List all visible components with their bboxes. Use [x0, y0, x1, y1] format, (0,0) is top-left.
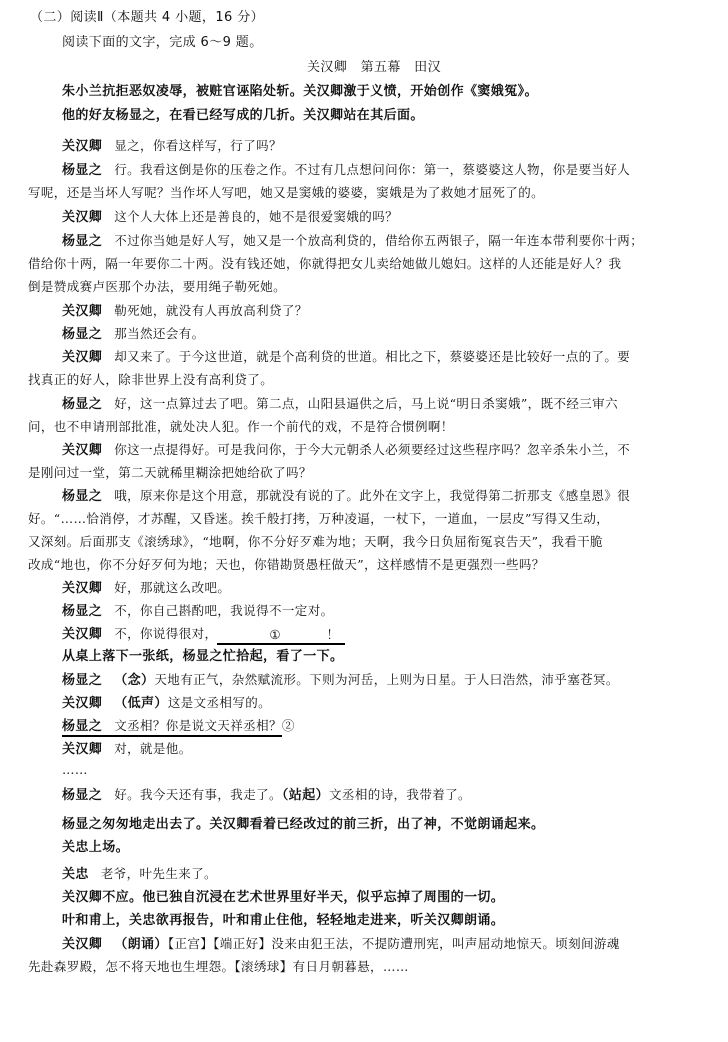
dialogue-line: 杨显之好。我今天还有事，我走了。（站起）文丞相的诗，我带着了。 — [62, 785, 471, 806]
speech-text: 不，你说得很对， — [114, 626, 217, 641]
stage-direction: 从桌上落下一张纸，杨显之忙拾起，看了一下。 — [62, 647, 343, 667]
dialogue-line: 关汉卿对，就是他。 — [62, 739, 192, 760]
speaker-name: 杨显之 — [62, 671, 102, 691]
reading-instruction: 阅读下面的文字，完成 6～9 题。 — [62, 33, 263, 53]
dialogue-line: 关汉卿（朗诵）【正宫】【端正好】没来由犯王法，不提防遭刑宪，叫声屈动地惊天。顷刻… — [62, 934, 620, 955]
speaker-name: 关汉卿 — [62, 302, 102, 322]
speaker-name: 关汉卿 — [62, 208, 102, 228]
speaker-name: 关汉卿 — [62, 579, 102, 599]
speech-continuation: 先赴森罗殿，怎不将天地也生埋怨。【滚绣球】有日月朝暮悬，…… — [28, 957, 409, 977]
dialogue-line-underlined: 杨显之文丞相？你是说文天祥丞相？② — [62, 716, 295, 737]
speech-text: 不过你当她是好人写，她又是一个放高利贷的，借给你五两银子，隔一年连本带利要你十两… — [114, 233, 643, 248]
speaker-name: 关忠 — [62, 865, 89, 885]
speaker-name: 杨显之 — [62, 717, 102, 737]
speech-text: 却又来了。于今这世道，就是个高利贷的世道。相比之下，蔡婆婆还是比较好一点的了。要 — [114, 349, 630, 364]
speaker-name: 杨显之 — [62, 786, 102, 806]
speech-text: 好。我今天还有事，我走了。 — [114, 787, 282, 802]
dialogue-line: 关汉卿（低声）这是文丞相写的。 — [62, 693, 271, 714]
stage-note: （低声） — [114, 696, 168, 711]
speaker-name: 关汉卿 — [62, 348, 102, 368]
speech-continuation: 问，也不申请刑部批准，就处决人犯。作一个前代的戏，不是符合惯例啊！ — [28, 417, 454, 437]
speech-text: 这个人大体上还是善良的，她不是很爱窦娥的吗？ — [114, 209, 398, 224]
dialogue-line: 杨显之那当然还会有。 — [62, 324, 205, 345]
speaker-name: 杨显之 — [62, 395, 102, 415]
stage-note: （念） — [114, 673, 154, 688]
speech-text: 这是文丞相写的。 — [168, 695, 271, 710]
speech-continuation: 写呢，还是当坏人写呢？当作坏人写吧，她又是窦娥的婆婆，窦娥是为了救她才屈死了的。 — [28, 183, 544, 203]
speech-continuation: 倒是赞成赛卢医那个办法，要用绳子勒死她。 — [28, 277, 286, 297]
speaker-name: 关汉卿 — [62, 935, 102, 955]
speech-continuation: 借给你十两，隔一年要你二十两。没有钱还她，你就得把女儿卖给她做儿媳妇。这样的人还… — [28, 254, 621, 274]
stage-direction: 杨显之匆匆地走出去了。关汉卿看着已经改过的前三折，出了神，不觉朗诵起来。 — [62, 815, 544, 835]
dialogue-line: 杨显之不，你自己斟酌吧，我说得不一定对。 — [62, 601, 334, 622]
speech-text: 好，那就这么改吧。 — [114, 580, 230, 595]
speech-text: 不，你自己斟酌吧，我说得不一定对。 — [114, 603, 333, 618]
speech-continuation: 找真正的好人，除非世界上没有高利贷了。 — [28, 370, 273, 390]
speaker-name: 杨显之 — [62, 161, 102, 181]
speaker-name: 关汉卿 — [62, 740, 102, 760]
speaker-name: 杨显之 — [62, 232, 102, 252]
speech-text: 显之，你看这样写，行了吗？ — [114, 138, 282, 153]
speaker-name: 杨显之 — [62, 487, 102, 507]
dialogue-line: 关忠老爷，叶先生来了。 — [62, 864, 217, 885]
dialogue-line: 关汉卿好，那就这么改吧。 — [62, 578, 230, 599]
speaker-name: 关汉卿 — [62, 137, 102, 157]
section-header: （二）阅读Ⅱ（本题共 4 小题，16 分） — [30, 8, 264, 28]
stage-note: （朗诵） — [114, 937, 168, 952]
speech-text: 哦，原来你是这个用意，那就没有说的了。此外在文字上，我觉得第二折那支《感皇恩》很 — [114, 488, 630, 503]
stage-direction: 关汉卿不应。他已独自沉浸在艺术世界里好半天，似乎忘掉了周围的一切。 — [62, 888, 504, 908]
speech-text: 老爷，叶先生来了。 — [101, 866, 217, 881]
ellipsis: …… — [62, 760, 88, 780]
speech-text: 文丞相的诗，我带着了。 — [329, 787, 471, 802]
speech-continuation: 又深刻。后面那支《滚绣球》，“地啊，你不分好歹难为地；天啊，我今日负屈衔冤哀告天… — [28, 532, 603, 552]
intro-stage-direction-2: 他的好友杨显之，在看已经写成的几折。关汉卿站在其后面。 — [62, 106, 424, 126]
question-marker: ② — [282, 718, 295, 733]
speech-continuation: 改成“地也，你不分好歹何为地；天也，你错勘贤愚枉做天”，这样感情不是更强烈一些吗… — [28, 555, 545, 575]
dialogue-line: 关汉卿显之，你看这样写，行了吗？ — [62, 136, 282, 157]
stage-direction: 叶和甫上，关忠欲再报告，叶和甫止住他，轻轻地走进来，听关汉卿朗诵。 — [62, 911, 504, 931]
dialogue-line: 关汉卿却又来了。于今这世道，就是个高利贷的世道。相比之下，蔡婆婆还是比较好一点的… — [62, 347, 630, 368]
speech-text: 你这一点提得好。可是我问你，于今大元朝杀人必须要经过这些程序吗？忽辛杀朱小兰，不 — [114, 442, 630, 457]
speech-text: 对，就是他。 — [114, 741, 191, 756]
speaker-name: 杨显之 — [62, 325, 102, 345]
blank-number: ① — [269, 625, 281, 645]
blank-end-punct: ！ — [327, 625, 340, 645]
dialogue-line: 杨显之好，这一点算过去了吧。第二点，山阳县逼供之后，马上说“明日杀窦娥”，既不经… — [62, 394, 618, 415]
dialogue-line: 杨显之（念）天地有正气，杂然赋流形。下则为河岳，上则为日星。于人曰浩然，沛乎塞苍… — [62, 670, 619, 691]
dialogue-line: 关汉卿不，你说得很对，①！ — [62, 624, 345, 645]
dialogue-line: 杨显之行。我看这倒是你的压卷之作。不过有几点想问问你：第一，蔡婆婆这人物，你是要… — [62, 160, 630, 181]
dialogue-line: 关汉卿勒死她，就没有人再放高利贷了？ — [62, 301, 308, 322]
speaker-name: 关汉卿 — [62, 625, 102, 645]
speech-continuation: 是刚问过一堂，第二天就稀里糊涂把她给砍了吗？ — [28, 463, 312, 483]
speech-text: 行。我看这倒是你的压卷之作。不过有几点想问问你：第一，蔡婆婆这人物，你是要当好人 — [114, 162, 630, 177]
speech-text: 【正宫】【端正好】没来由犯王法，不提防遭刑宪，叫声屈动地惊天。顷刻间游魂 — [168, 936, 620, 951]
dialogue-line: 关汉卿你这一点提得好。可是我问你，于今大元朝杀人必须要经过这些程序吗？忽辛杀朱小… — [62, 440, 630, 461]
dialogue-line: 杨显之哦，原来你是这个用意，那就没有说的了。此外在文字上，我觉得第二折那支《感皇… — [62, 486, 630, 507]
speaker-name: 关汉卿 — [62, 694, 102, 714]
stage-note: （站起） — [282, 788, 329, 803]
speech-text: 天地有正气，杂然赋流形。下则为河岳，上则为日星。于人曰浩然，沛乎塞苍冥。 — [154, 672, 618, 687]
speech-text: 那当然还会有。 — [114, 326, 204, 341]
speech-text: 文丞相？你是说文天祥丞相？ — [114, 718, 282, 733]
speech-text: 勒死她，就没有人再放高利贷了？ — [114, 303, 308, 318]
passage-title: 关汉卿 第五幕 田汉 — [0, 58, 728, 78]
speaker-name: 杨显之 — [62, 602, 102, 622]
dialogue-line: 关汉卿这个人大体上还是善良的，她不是很爱窦娥的吗？ — [62, 207, 398, 228]
dialogue-line: 杨显之不过你当她是好人写，她又是一个放高利贷的，借给你五两银子，隔一年连本带利要… — [62, 231, 643, 252]
underlined-sentence: 杨显之文丞相？你是说文天祥丞相？ — [62, 719, 282, 737]
intro-stage-direction-1: 朱小兰抗拒恶奴凌辱，被赃官诬陷处斩。关汉卿激于义愤，开始创作《窦娥冤》。 — [62, 82, 538, 102]
speech-text: 好，这一点算过去了吧。第二点，山阳县逼供之后，马上说“明日杀窦娥”，既不经三审六 — [114, 396, 618, 411]
stage-direction: 关忠上场。 — [62, 838, 129, 858]
speech-continuation: 好。“……恰消停，才苏醒，又昏迷。挨千般打拷，万种凌逼，一杖下，一道血，一层皮”… — [28, 509, 609, 529]
fill-in-blank-1[interactable]: ①！ — [217, 627, 345, 645]
speaker-name: 关汉卿 — [62, 441, 102, 461]
